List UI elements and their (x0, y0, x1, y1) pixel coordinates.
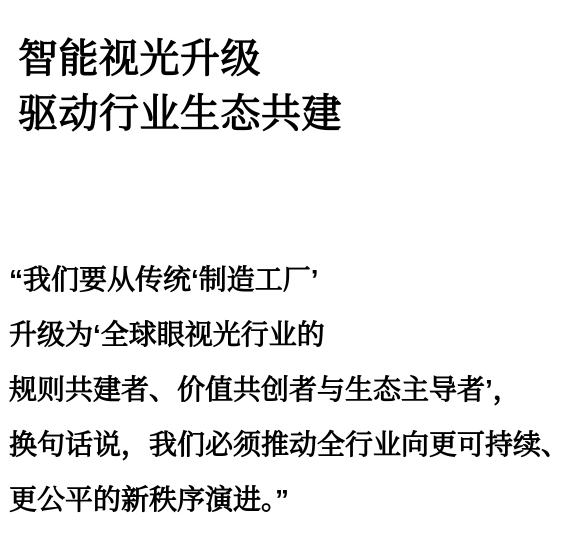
slide-title: 智能视光升级 驱动行业生态共建 (18, 32, 342, 142)
quote-line-5: 更公平的新秩序演进。” (9, 472, 569, 527)
slide-page: { "page": { "background_color": "#ffffff… (0, 0, 582, 537)
quote-line-3: 规则共建者、价值共创者与生态主导者’， (9, 362, 569, 417)
title-line-1: 智能视光升级 (18, 32, 342, 87)
title-line-2: 驱动行业生态共建 (18, 87, 342, 142)
quote-line-2: 升级为‘全球眼视光行业的 (9, 307, 569, 362)
slide-background: 智能视光升级 驱动行业生态共建 “我们要从传统‘制造工厂’ 升级为‘全球眼视光行… (0, 0, 582, 537)
quote-block: “我们要从传统‘制造工厂’ 升级为‘全球眼视光行业的 规则共建者、价值共创者与生… (9, 252, 569, 527)
quote-line-4: 换句话说，我们必须推动全行业向更可持续、 (9, 417, 569, 472)
quote-line-1: “我们要从传统‘制造工厂’ (9, 252, 569, 307)
